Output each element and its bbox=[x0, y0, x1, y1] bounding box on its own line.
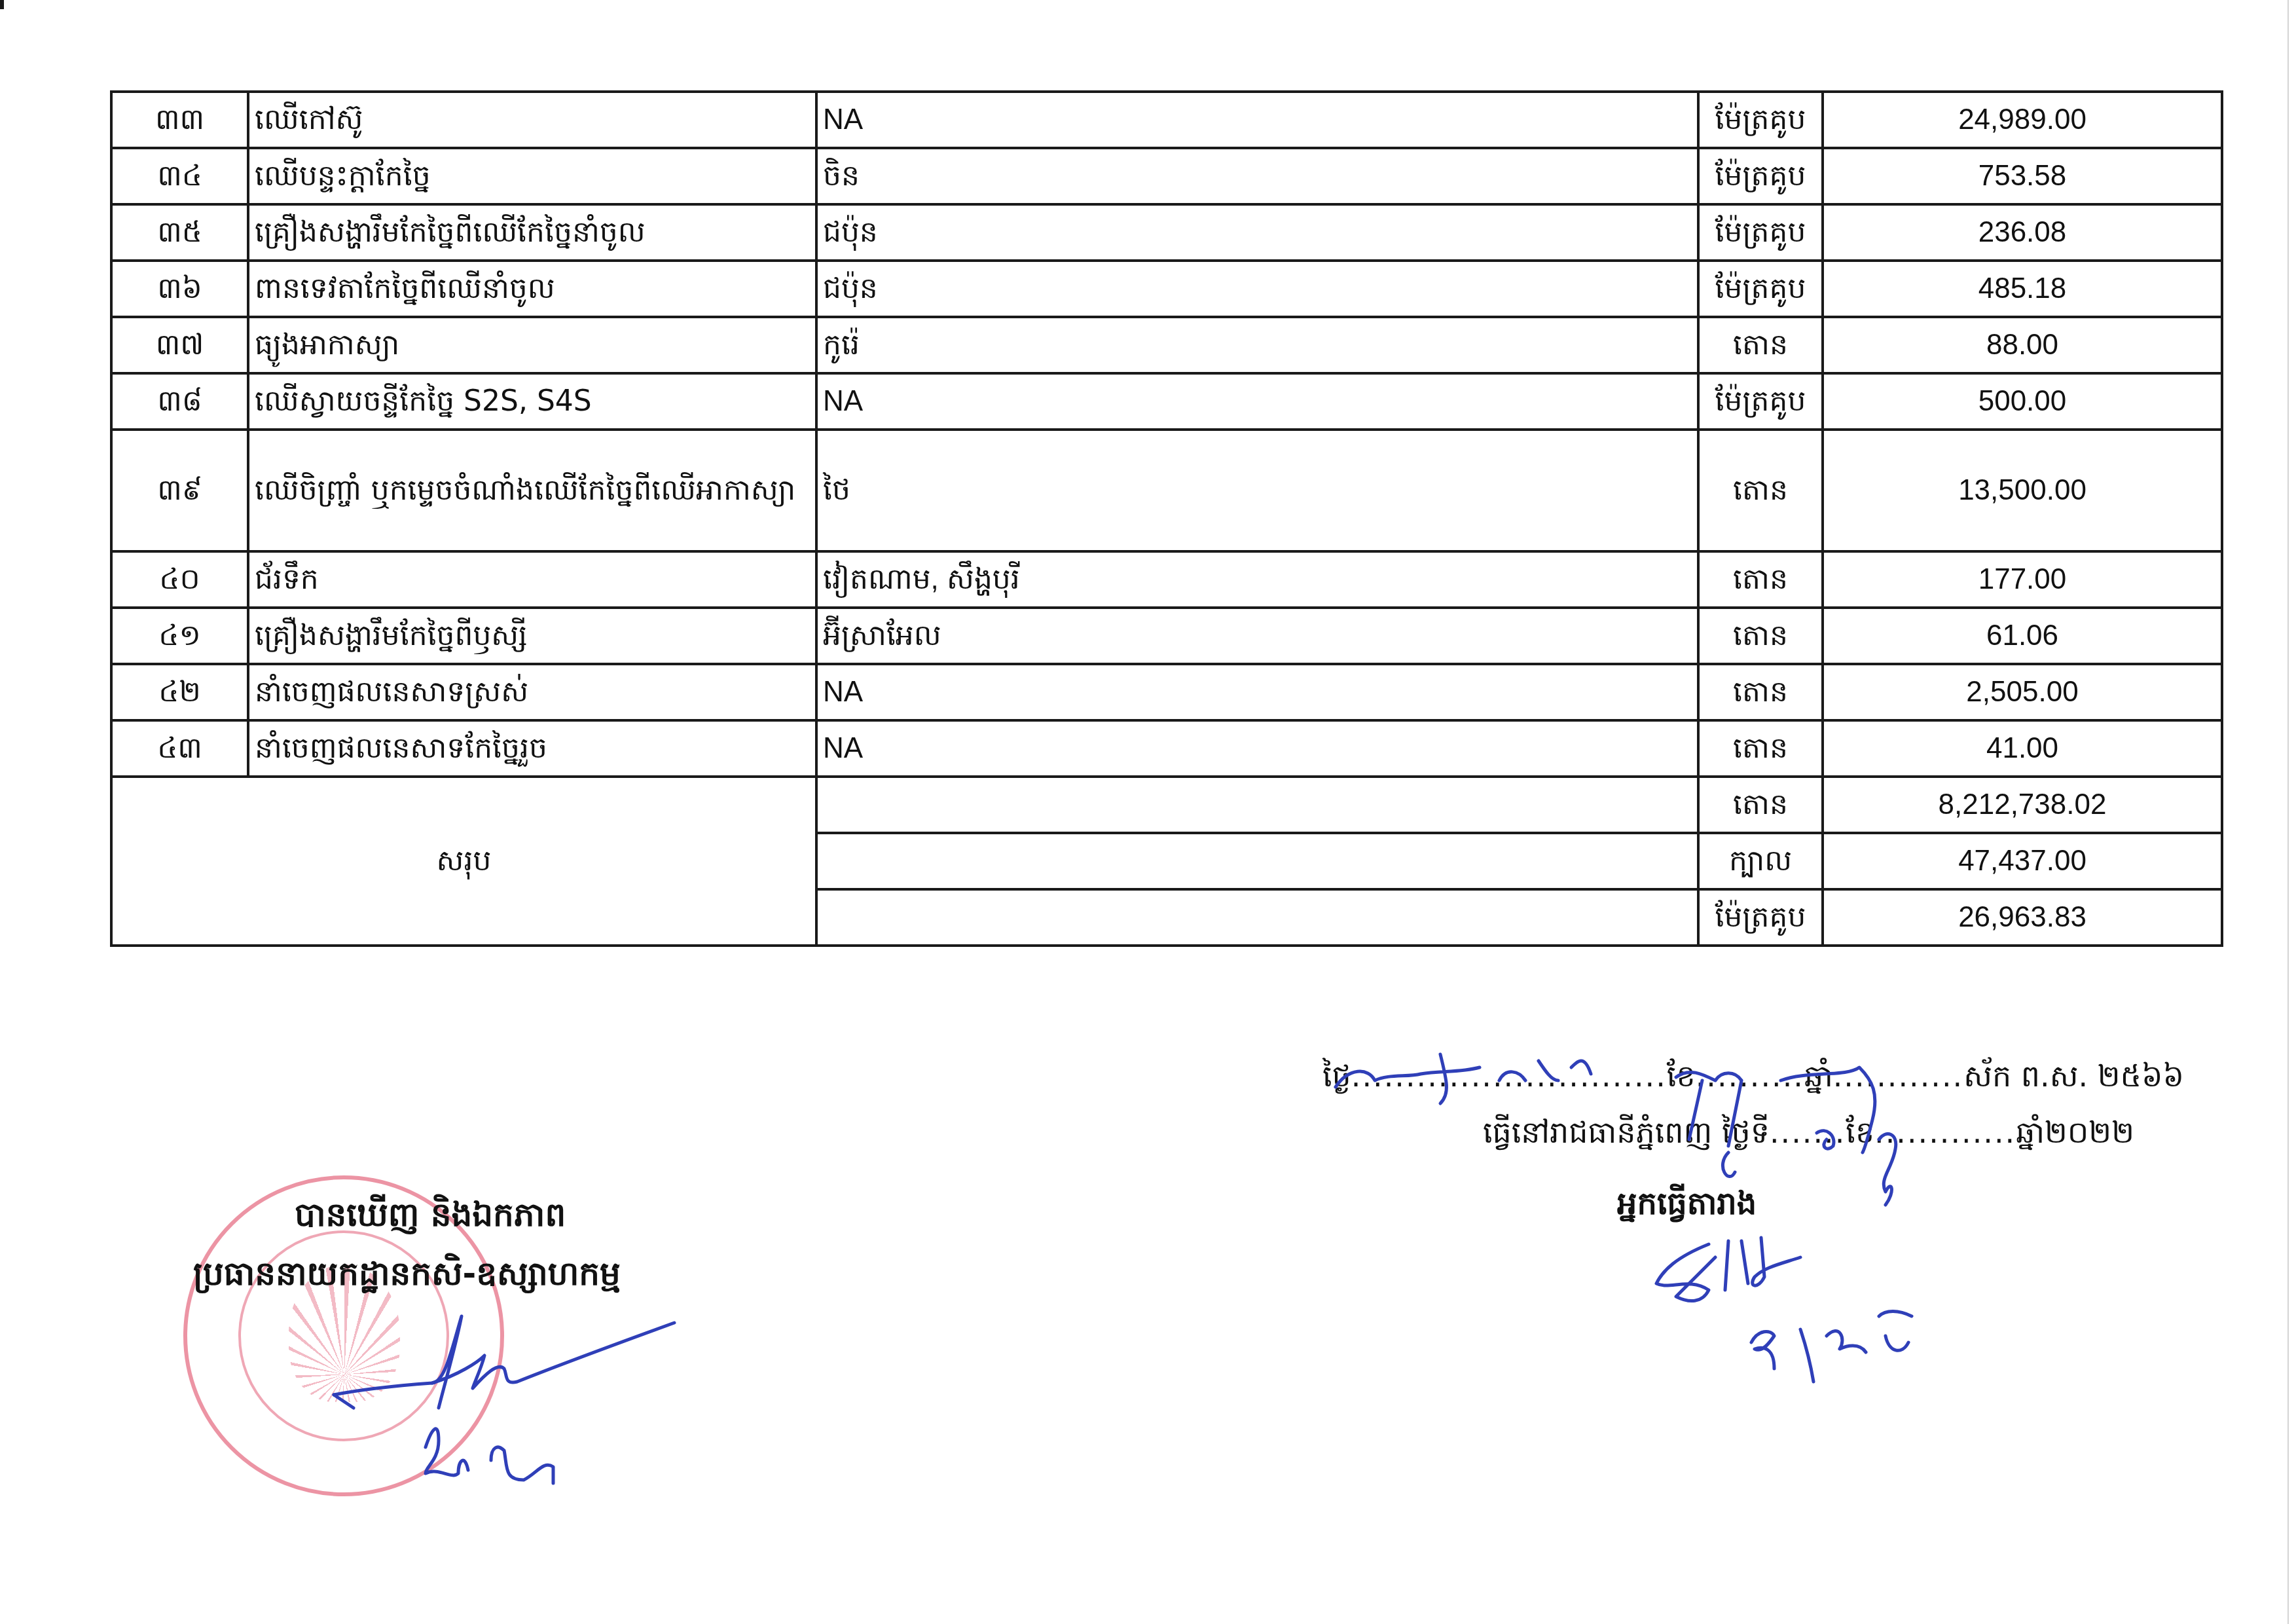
total-quantity: 26,963.83 bbox=[1823, 889, 2222, 946]
lunar-date-line: ថ្ងៃ.............................ខែ.....… bbox=[1322, 1048, 2134, 1104]
quantity: 24,989.00 bbox=[1823, 92, 2222, 148]
row-number: ៣៣ bbox=[111, 92, 248, 148]
row-number: ៣៧ bbox=[111, 317, 248, 373]
unit: ម៉ែត្រគូប bbox=[1698, 261, 1823, 317]
total-blank-cell bbox=[816, 777, 1698, 833]
origin-country: វៀតណាម, សឹង្ហបុរី bbox=[816, 551, 1698, 608]
table-row: ៣៧ធ្យូងអាកាស្យាកូរ៉េតោន88.00 bbox=[111, 317, 2222, 373]
total-label: សរុប bbox=[111, 777, 816, 946]
table-row: ៣៦ពានទេវតាកែច្នៃពីឈើនាំចូលជប៉ុនម៉ែត្រគូប… bbox=[111, 261, 2222, 317]
origin-country: ចិន bbox=[816, 148, 1698, 204]
row-number: ៣៥ bbox=[111, 204, 248, 261]
scan-corner-mark bbox=[0, 0, 4, 9]
quantity: 61.06 bbox=[1823, 608, 2222, 664]
table-row: ៤៣នាំចេញផលនេសាទកែច្នៃរួចNAតោន41.00 bbox=[111, 720, 2222, 777]
place-date-line: ធ្វើនៅរាជធានីភ្នំពេញ ថ្ងៃទី.......ខែ....… bbox=[1322, 1104, 2134, 1160]
unit: តោន bbox=[1698, 430, 1823, 551]
product-name: នាំចេញផលនេសាទកែច្នៃរួច bbox=[248, 720, 816, 777]
total-blank-cell bbox=[816, 889, 1698, 946]
table-row: ៤២នាំចេញផលនេសាទស្រស់NAតោន2,505.00 bbox=[111, 664, 2222, 720]
row-number: ៤២ bbox=[111, 664, 248, 720]
quantity: 2,505.00 bbox=[1823, 664, 2222, 720]
product-name: ឈើបន្ទះក្តាកែច្នៃ bbox=[248, 148, 816, 204]
drafter-signature bbox=[1650, 1231, 1990, 1414]
product-name: គ្រឿងសង្ហារឹមកែច្នៃពីឈើកែច្នៃនាំចូល bbox=[248, 204, 816, 261]
product-name: នាំចេញផលនេសាទស្រស់ bbox=[248, 664, 816, 720]
quantity: 88.00 bbox=[1823, 317, 2222, 373]
quantity: 13,500.00 bbox=[1823, 430, 2222, 551]
approver-signature bbox=[327, 1310, 720, 1506]
table-row: ៤១គ្រឿងសង្ហារឹមកែច្នៃពីឫស្សីអ៊ីស្រាអែលតោ… bbox=[111, 608, 2222, 664]
unit: ម៉ែត្រគូប bbox=[1698, 204, 1823, 261]
quantity: 177.00 bbox=[1823, 551, 2222, 608]
row-number: ៣៩ bbox=[111, 430, 248, 551]
total-quantity: 8,212,738.02 bbox=[1823, 777, 2222, 833]
approver-position: ប្រធាននាយកដ្ឋានកសិ-ឧស្សាហកម្ម bbox=[193, 1244, 621, 1303]
quantity: 500.00 bbox=[1823, 373, 2222, 430]
product-name: ឈើស្វាយចន្ទីកែច្នៃ S2S, S4S bbox=[248, 373, 816, 430]
row-number: ៤១ bbox=[111, 608, 248, 664]
origin-country: NA bbox=[816, 720, 1698, 777]
total-unit: តោន bbox=[1698, 777, 1823, 833]
table-row: ៣៣ឈើកៅស៊ូNAម៉ែត្រគូប24,989.00 bbox=[111, 92, 2222, 148]
product-name: ពានទេវតាកែច្នៃពីឈើនាំចូល bbox=[248, 261, 816, 317]
commodity-table: ៣៣ឈើកៅស៊ូNAម៉ែត្រគូប24,989.00៣៤ឈើបន្ទះក្… bbox=[110, 90, 2223, 947]
origin-country: NA bbox=[816, 92, 1698, 148]
date-block: ថ្ងៃ.............................ខែ.....… bbox=[1322, 1048, 2134, 1160]
origin-country: ថៃ bbox=[816, 430, 1698, 551]
approval-title: បានឃើញ និងឯកភាព bbox=[295, 1185, 621, 1244]
product-name: ធ្យូងអាកាស្យា bbox=[248, 317, 816, 373]
quantity: 753.58 bbox=[1823, 148, 2222, 204]
total-quantity: 47,437.00 bbox=[1823, 833, 2222, 889]
unit: តោន bbox=[1698, 720, 1823, 777]
origin-country: កូរ៉េ bbox=[816, 317, 1698, 373]
unit: ម៉ែត្រគូប bbox=[1698, 92, 1823, 148]
total-unit: ម៉ែត្រគូប bbox=[1698, 889, 1823, 946]
product-name: ឈើកៅស៊ូ bbox=[248, 92, 816, 148]
row-number: ៤០ bbox=[111, 551, 248, 608]
total-row: សរុបតោន8,212,738.02 bbox=[111, 777, 2222, 833]
row-number: ៣៦ bbox=[111, 261, 248, 317]
origin-country: NA bbox=[816, 664, 1698, 720]
table-row: ៤០ជ័រទឹកវៀតណាម, សឹង្ហបុរីតោន177.00 bbox=[111, 551, 2222, 608]
quantity: 485.18 bbox=[1823, 261, 2222, 317]
quantity: 41.00 bbox=[1823, 720, 2222, 777]
unit: តោន bbox=[1698, 317, 1823, 373]
origin-country: NA bbox=[816, 373, 1698, 430]
unit: តោន bbox=[1698, 664, 1823, 720]
origin-country: ជប៉ុន bbox=[816, 261, 1698, 317]
product-name: ជ័រទឹក bbox=[248, 551, 816, 608]
origin-country: អ៊ីស្រាអែល bbox=[816, 608, 1698, 664]
row-number: ៤៣ bbox=[111, 720, 248, 777]
quantity: 236.08 bbox=[1823, 204, 2222, 261]
scan-edge-line bbox=[2287, 0, 2289, 1624]
unit: តោន bbox=[1698, 608, 1823, 664]
table-row: ៣៨ឈើស្វាយចន្ទីកែច្នៃ S2S, S4SNAម៉ែត្រគូប… bbox=[111, 373, 2222, 430]
total-blank-cell bbox=[816, 833, 1698, 889]
product-name: ឈើចិញ្ច្រាំ ឬកម្ទេចចំណាំងឈើកែច្នៃពីឈើអាក… bbox=[248, 430, 816, 551]
unit: ម៉ែត្រគូប bbox=[1698, 148, 1823, 204]
unit: ម៉ែត្រគូប bbox=[1698, 373, 1823, 430]
product-name: គ្រឿងសង្ហារឹមកែច្នៃពីឫស្សី bbox=[248, 608, 816, 664]
total-unit: ក្បាល bbox=[1698, 833, 1823, 889]
unit: តោន bbox=[1698, 551, 1823, 608]
table-row: ៣៤ឈើបន្ទះក្តាកែច្នៃចិនម៉ែត្រគូប753.58 bbox=[111, 148, 2222, 204]
table-row: ៣៥គ្រឿងសង្ហារឹមកែច្នៃពីឈើកែច្នៃនាំចូលជប៉… bbox=[111, 204, 2222, 261]
approval-block: បានឃើញ និងឯកភាព ប្រធាននាយកដ្ឋានកសិ-ឧស្សា… bbox=[295, 1185, 621, 1303]
row-number: ៣៤ bbox=[111, 148, 248, 204]
table-row: ៣៩ឈើចិញ្ច្រាំ ឬកម្ទេចចំណាំងឈើកែច្នៃពីឈើអ… bbox=[111, 430, 2222, 551]
drafter-title: អ្នកធ្វើតារាង bbox=[1617, 1184, 1757, 1230]
origin-country: ជប៉ុន bbox=[816, 204, 1698, 261]
row-number: ៣៨ bbox=[111, 373, 248, 430]
